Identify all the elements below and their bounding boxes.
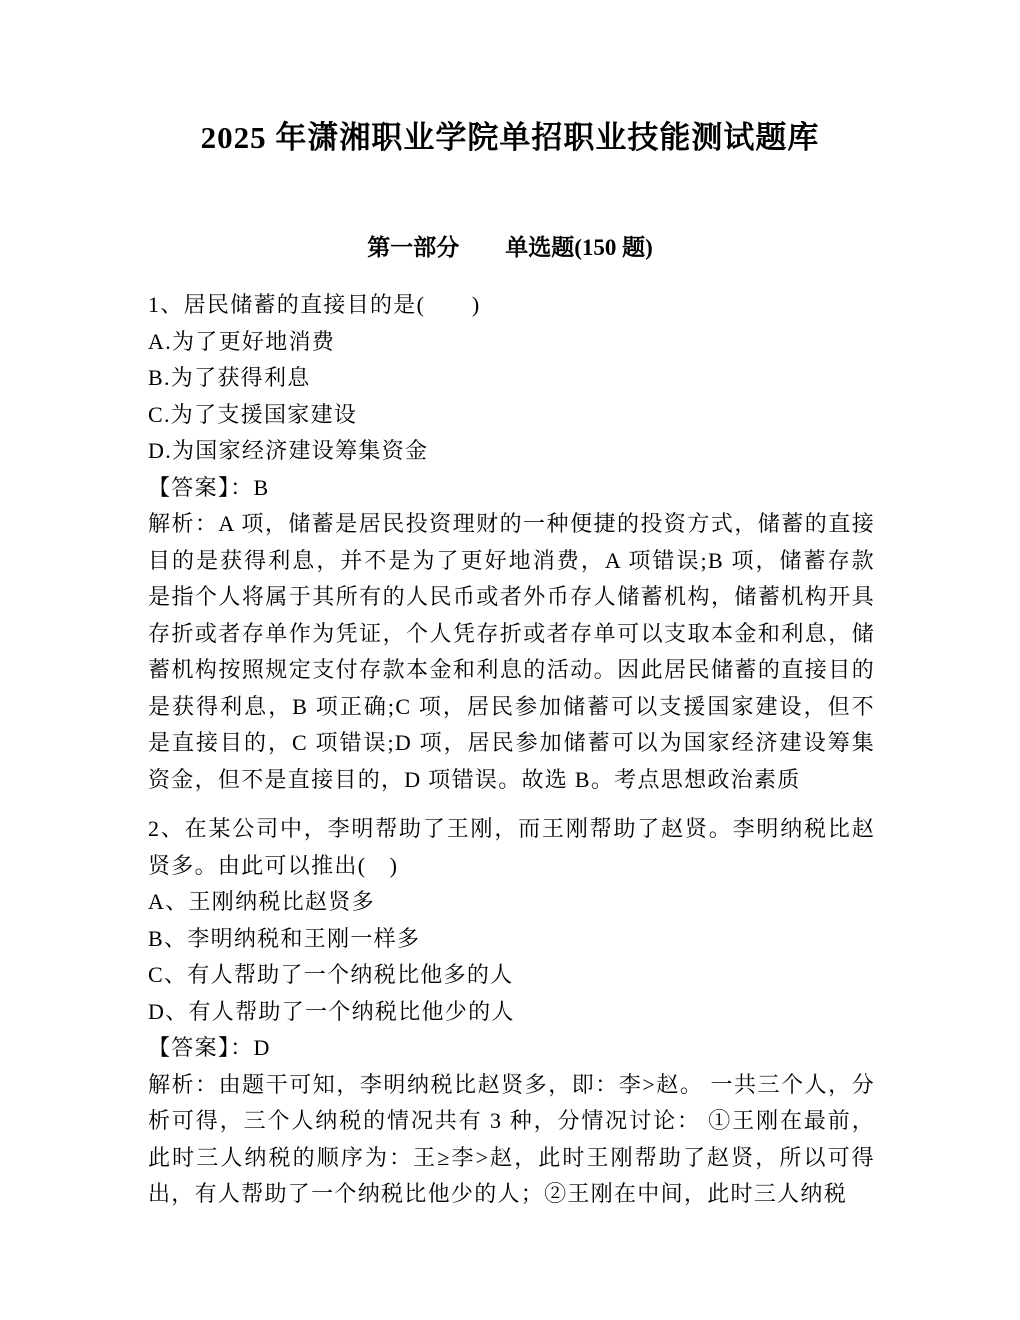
question-2: 2、在某公司中，李明帮助了王刚，而王刚帮助了赵贤。李明纳税比赵贤多。由此可以推出… [148,811,875,1213]
question-2-answer: 【答案】：D [148,1030,875,1067]
question-2-option-b: B、李明纳税和王刚一样多 [148,921,875,958]
question-1-option-c: C.为了支援国家建设 [148,397,875,434]
section-heading: 第一部分 单选题(150 题) [0,232,1020,264]
question-2-option-c: C、有人帮助了一个纳税比他多的人 [148,957,875,994]
question-2-stem: 2、在某公司中，李明帮助了王刚，而王刚帮助了赵贤。李明纳税比赵贤多。由此可以推出… [148,811,875,884]
question-1-answer: 【答案】：B [148,470,875,507]
question-1-option-b: B.为了获得利息 [148,360,875,397]
question-1: 1、居民储蓄的直接目的是( ) A.为了更好地消费 B.为了获得利息 C.为了支… [148,287,875,798]
question-1-option-a: A.为了更好地消费 [148,324,875,361]
document-body: 1、居民储蓄的直接目的是( ) A.为了更好地消费 B.为了获得利息 C.为了支… [148,287,875,1213]
question-2-option-d: D、有人帮助了一个纳税比他少的人 [148,994,875,1031]
question-2-option-a: A、王刚纳税比赵贤多 [148,884,875,921]
document-title: 2025 年潇湘职业学院单招职业技能测试题库 [0,0,1020,160]
document-page: 2025 年潇湘职业学院单招职业技能测试题库 第一部分 单选题(150 题) 1… [0,0,1020,1320]
question-1-option-d: D.为国家经济建设筹集资金 [148,433,875,470]
question-1-stem: 1、居民储蓄的直接目的是( ) [148,287,875,324]
question-1-analysis: 解析：A 项，储蓄是居民投资理财的一种便捷的投资方式，储蓄的直接目的是获得利息，… [148,506,875,798]
question-2-analysis: 解析：由题干可知，李明纳税比赵贤多，即：李>赵。 一共三个人，分析可得，三个人纳… [148,1067,875,1213]
